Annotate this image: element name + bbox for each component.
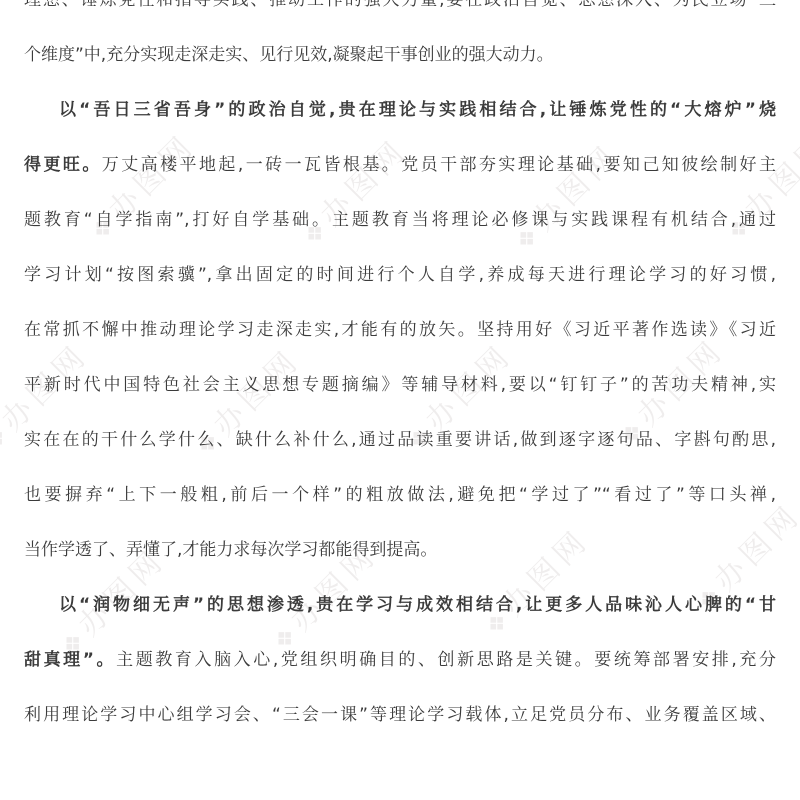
document-page: ❖办图网 ❖办图网 ❖办图网 ❖办图网 ❖办图网 ❖办图网 ❖办图网 ❖办图网 … — [0, 0, 800, 800]
document-body: 理想、锤炼党性和指导实践、推动工作的强大力量,要在政治自觉、思想深入、为民立场“… — [24, 0, 776, 743]
line-segment: 万丈高楼平地起,一砖一瓦皆根基。党员干部夯实理论基础,要知己知彼绘制好主 — [102, 155, 776, 175]
document-line: 以“吾日三省吾身”的政治自觉,贵在理论与实践相结合,让锤炼党性的“大熔炉”烧 — [24, 83, 776, 138]
document-line: 利用理论学习中心组学习会、“三会一课”等理论学习载体,立足党员分布、业务覆盖区域… — [24, 688, 776, 743]
line-segment-bold: 得更旺。 — [24, 155, 102, 175]
line-segment: 题教育“自学指南”,打好自学基础。主题教育当将理论必修课与实践课程有机结合,通过 — [24, 210, 776, 230]
document-line: 当作学透了、弄懂了,才能力求每次学习都能得到提高。 — [24, 523, 776, 578]
line-segment: 在常抓不懈中推动理论学习走深走实,才能有的放矢。坚持用好《习近平著作选读》《习近 — [24, 320, 776, 340]
line-segment: 实在在的干什么学什么、缺什么补什么,通过品读重要讲话,做到逐字逐句品、字斟句酌思… — [24, 430, 776, 450]
document-line: 学习计划“按图索骥”,拿出固定的时间进行个人自学,养成每天进行理论学习的好习惯, — [24, 248, 776, 303]
line-segment: 理想、锤炼党性和指导实践、推动工作的强大力量,要在政治自觉、思想深入、为民立场“… — [24, 0, 776, 10]
document-line: 平新时代中国特色社会主义思想专题摘编》等辅导材料,要以“钉钉子”的苦功夫精神,实 — [24, 358, 776, 413]
document-line: 甜真理”。主题教育入脑入心,党组织明确目的、创新思路是关键。要统筹部署安排,充分 — [24, 633, 776, 688]
document-line: 实在在的干什么学什么、缺什么补什么,通过品读重要讲话,做到逐字逐句品、字斟句酌思… — [24, 413, 776, 468]
document-line: 个维度”中,充分实现走深走实、见行见效,凝聚起干事创业的强大动力。 — [24, 28, 776, 83]
document-line: 在常抓不懈中推动理论学习走深走实,才能有的放矢。坚持用好《习近平著作选读》《习近 — [24, 303, 776, 358]
line-segment: 利用理论学习中心组学习会、“三会一课”等理论学习载体,立足党员分布、业务覆盖区域… — [24, 705, 776, 725]
document-line: 理想、锤炼党性和指导实践、推动工作的强大力量,要在政治自觉、思想深入、为民立场“… — [24, 0, 776, 28]
line-segment: 当作学透了、弄懂了,才能力求每次学习都能得到提高。 — [24, 540, 437, 560]
line-segment-bold: 以“润物细无声”的思想渗透,贵在学习与成效相结合,让更多人品味沁人心脾的“甘 — [59, 595, 776, 615]
line-segment: 主题教育入脑入心,党组织明确目的、创新思路是关键。要统筹部署安排,充分 — [116, 650, 776, 670]
document-line: 题教育“自学指南”,打好自学基础。主题教育当将理论必修课与实践课程有机结合,通过 — [24, 193, 776, 248]
document-line: 得更旺。万丈高楼平地起,一砖一瓦皆根基。党员干部夯实理论基础,要知己知彼绘制好主 — [24, 138, 776, 193]
line-segment: 个维度”中,充分实现走深走实、见行见效,凝聚起干事创业的强大动力。 — [24, 45, 554, 65]
document-line: 以“润物细无声”的思想渗透,贵在学习与成效相结合,让更多人品味沁人心脾的“甘 — [24, 578, 776, 633]
line-segment-bold: 以“吾日三省吾身”的政治自觉,贵在理论与实践相结合,让锤炼党性的“大熔炉”烧 — [59, 100, 776, 120]
line-segment: 学习计划“按图索骥”,拿出固定的时间进行个人自学,养成每天进行理论学习的好习惯, — [24, 265, 776, 285]
document-line: 也要摒弃“上下一般粗,前后一个样”的粗放做法,避免把“学过了”“看过了”等口头禅… — [24, 468, 776, 523]
line-segment: 平新时代中国特色社会主义思想专题摘编》等辅导材料,要以“钉钉子”的苦功夫精神,实 — [24, 375, 776, 395]
line-segment: 也要摒弃“上下一般粗,前后一个样”的粗放做法,避免把“学过了”“看过了”等口头禅… — [24, 485, 776, 505]
watermark-logo-icon: ❖ — [0, 421, 14, 456]
line-segment-bold: 甜真理”。 — [24, 650, 116, 670]
